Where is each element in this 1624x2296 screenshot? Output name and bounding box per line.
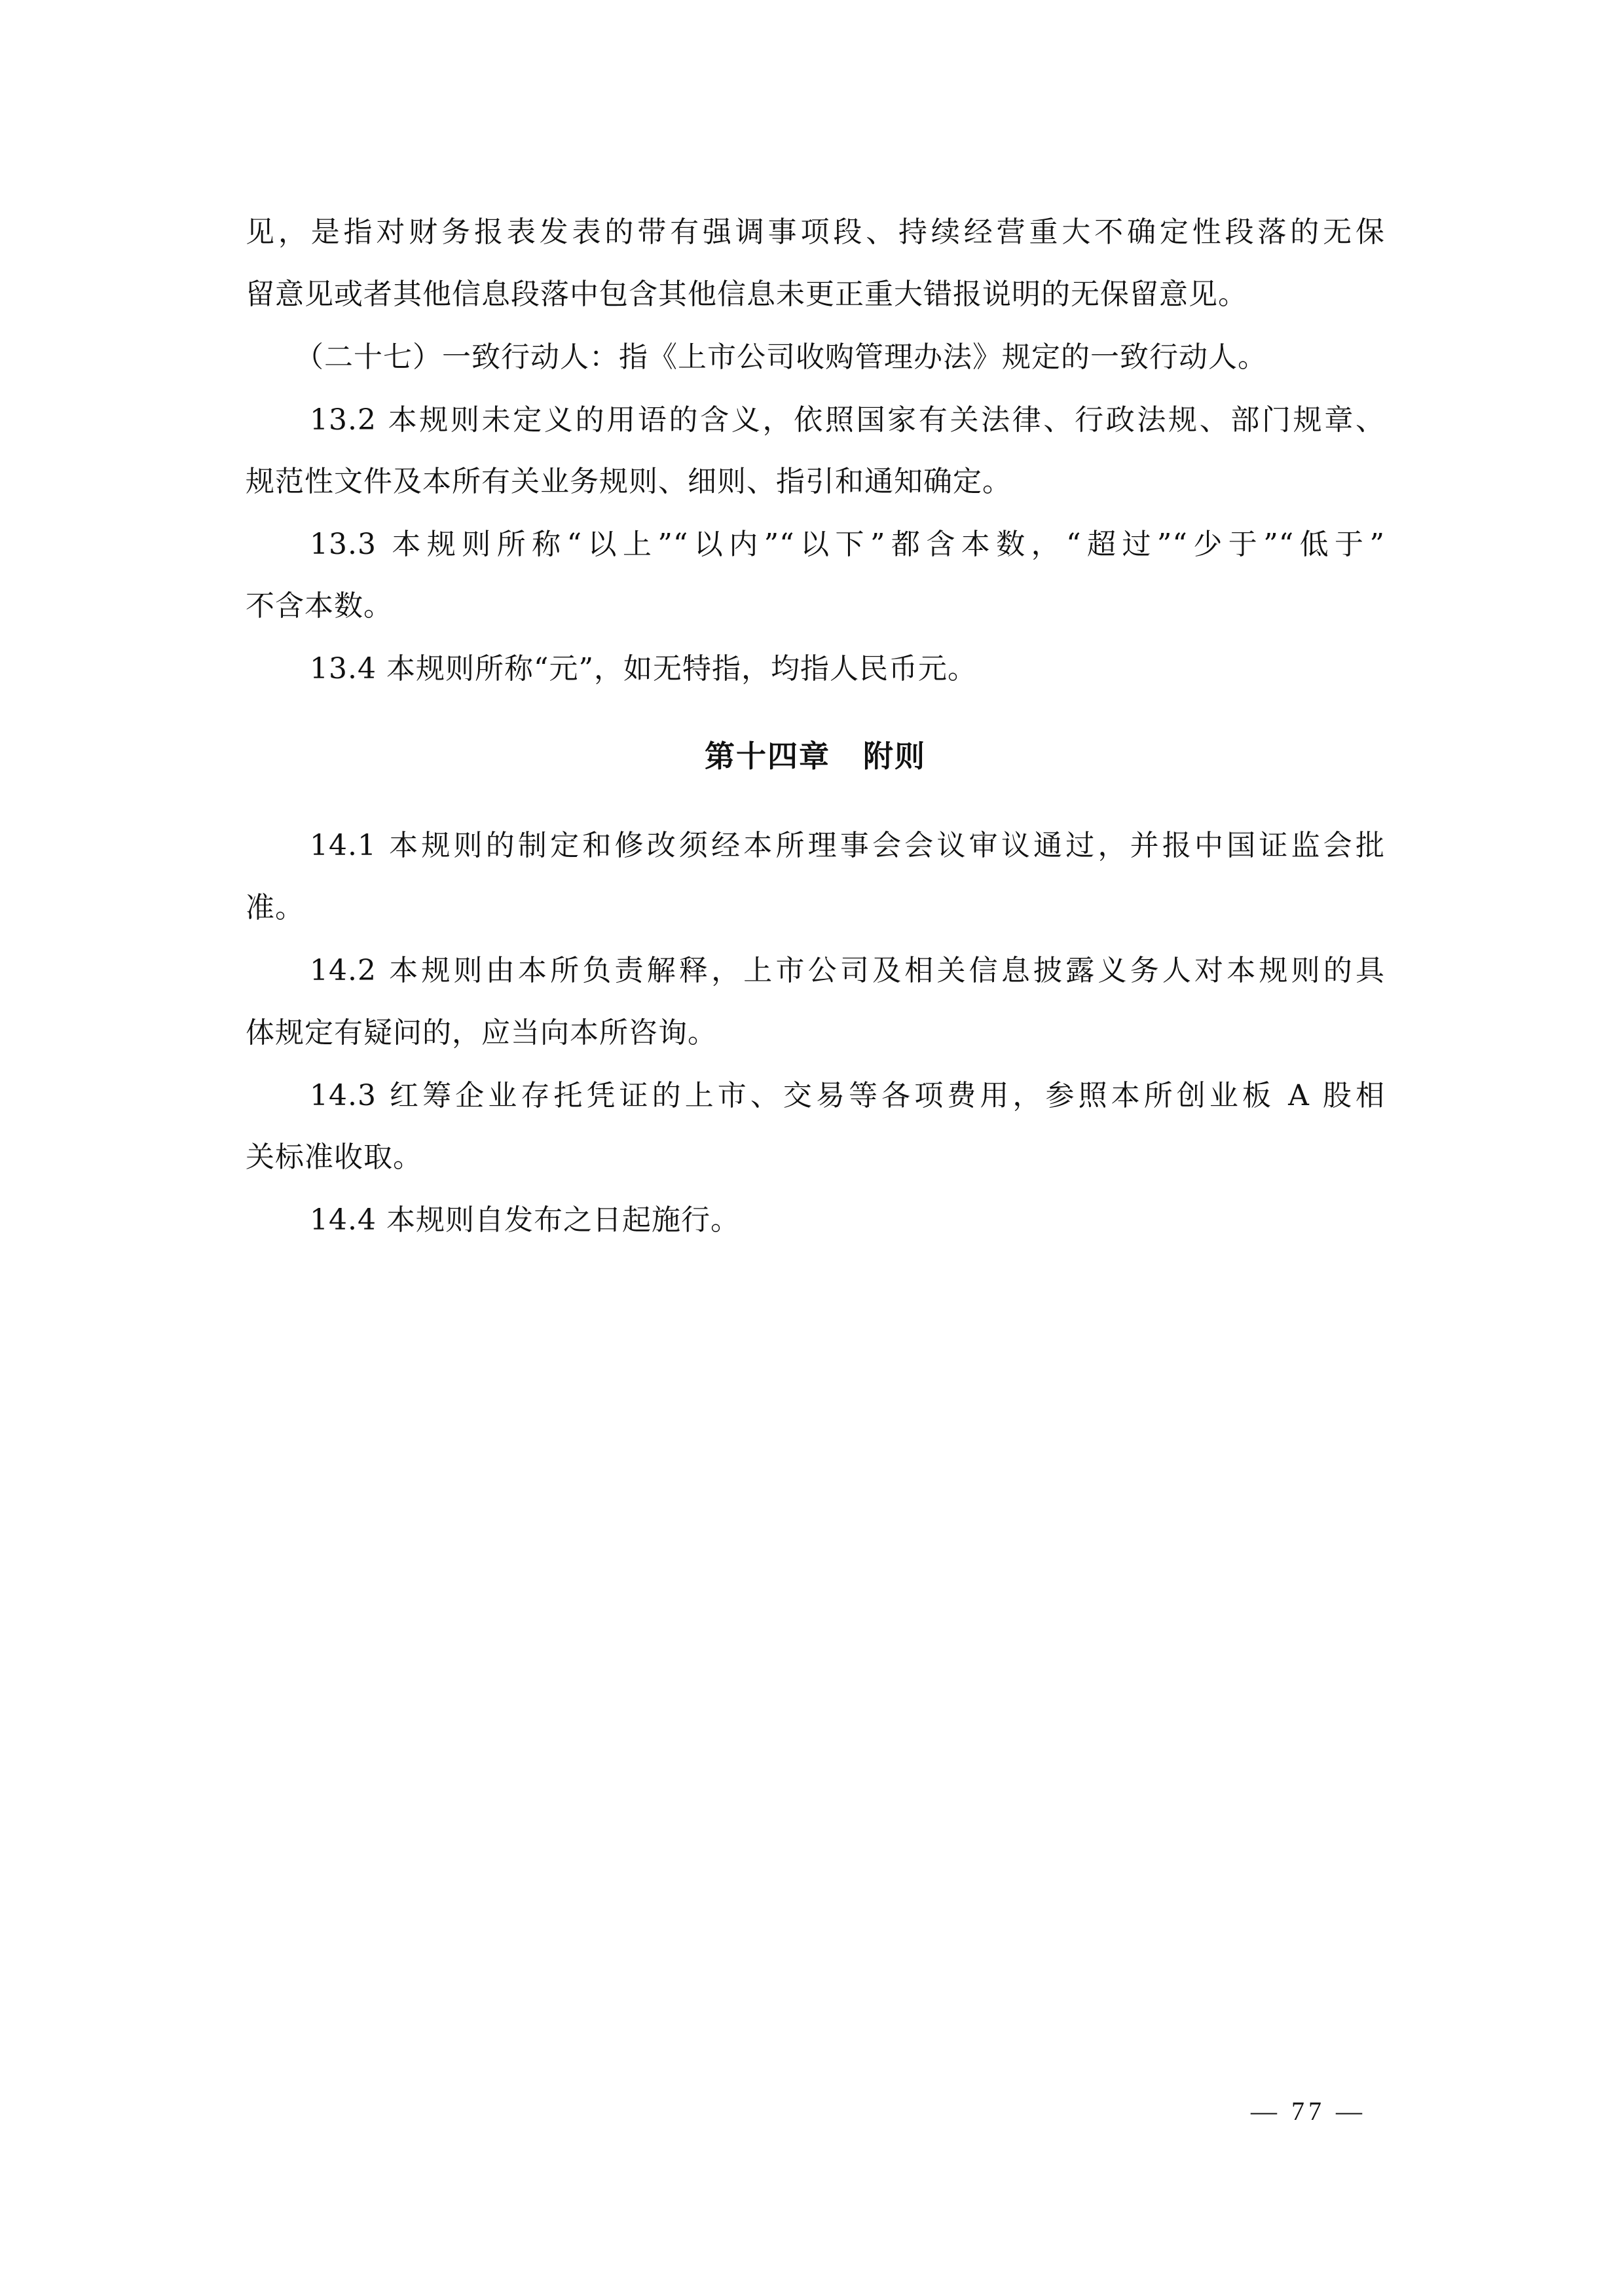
chapter-number: 第十四章 — [705, 738, 830, 774]
clause-13-4: 13.4 本规则所称“元”，如无特指，均指人民币元。 — [310, 649, 1385, 689]
definition-27: （二十七）一致行动人：指《上市公司收购管理办法》规定的一致行动人。 — [295, 338, 1370, 377]
text-line: 准。 — [246, 888, 1385, 928]
clause-14-1: 14.1 本规则的制定和修改须经本所理事会会议审议通过，并报中国证监会批 — [310, 826, 1385, 866]
text-line: 不含本数。 — [246, 587, 1385, 626]
clause-13-2: 13.2 本规则未定义的用语的含义，依照国家有关法律、行政法规、部门规章、 — [310, 401, 1385, 440]
page-number: — 77 — — [1251, 2092, 1366, 2131]
clause-13-3: 13.3 本规则所称“以上”“以内”“以下”都含本数，“超过”“少于”“低于” — [310, 525, 1385, 564]
clause-14-2: 14.2 本规则由本所负责解释，上市公司及相关信息披露义务人对本规则的具 — [310, 951, 1385, 991]
text-line: 留意见或者其他信息段落中包含其他信息未更正重大错报说明的无保留意见。 — [246, 275, 1385, 314]
chapter-title: 附则 — [863, 738, 926, 774]
chapter-heading: 第十四章附则 — [246, 737, 1385, 776]
text-line: 规范性文件及本所有关业务规则、细则、指引和通知确定。 — [246, 462, 1385, 501]
text-line: 关标准收取。 — [246, 1138, 1385, 1177]
clause-14-4: 14.4 本规则自发布之日起施行。 — [310, 1201, 1385, 1240]
text-line: 体规定有疑问的，应当向本所咨询。 — [246, 1013, 1385, 1053]
text-line: 见，是指对财务报表发表的带有强调事项段、持续经营重大不确定性段落的无保 — [246, 213, 1385, 252]
clause-14-3: 14.3 红筹企业存托凭证的上市、交易等各项费用，参照本所创业板 A 股相 — [310, 1076, 1385, 1116]
